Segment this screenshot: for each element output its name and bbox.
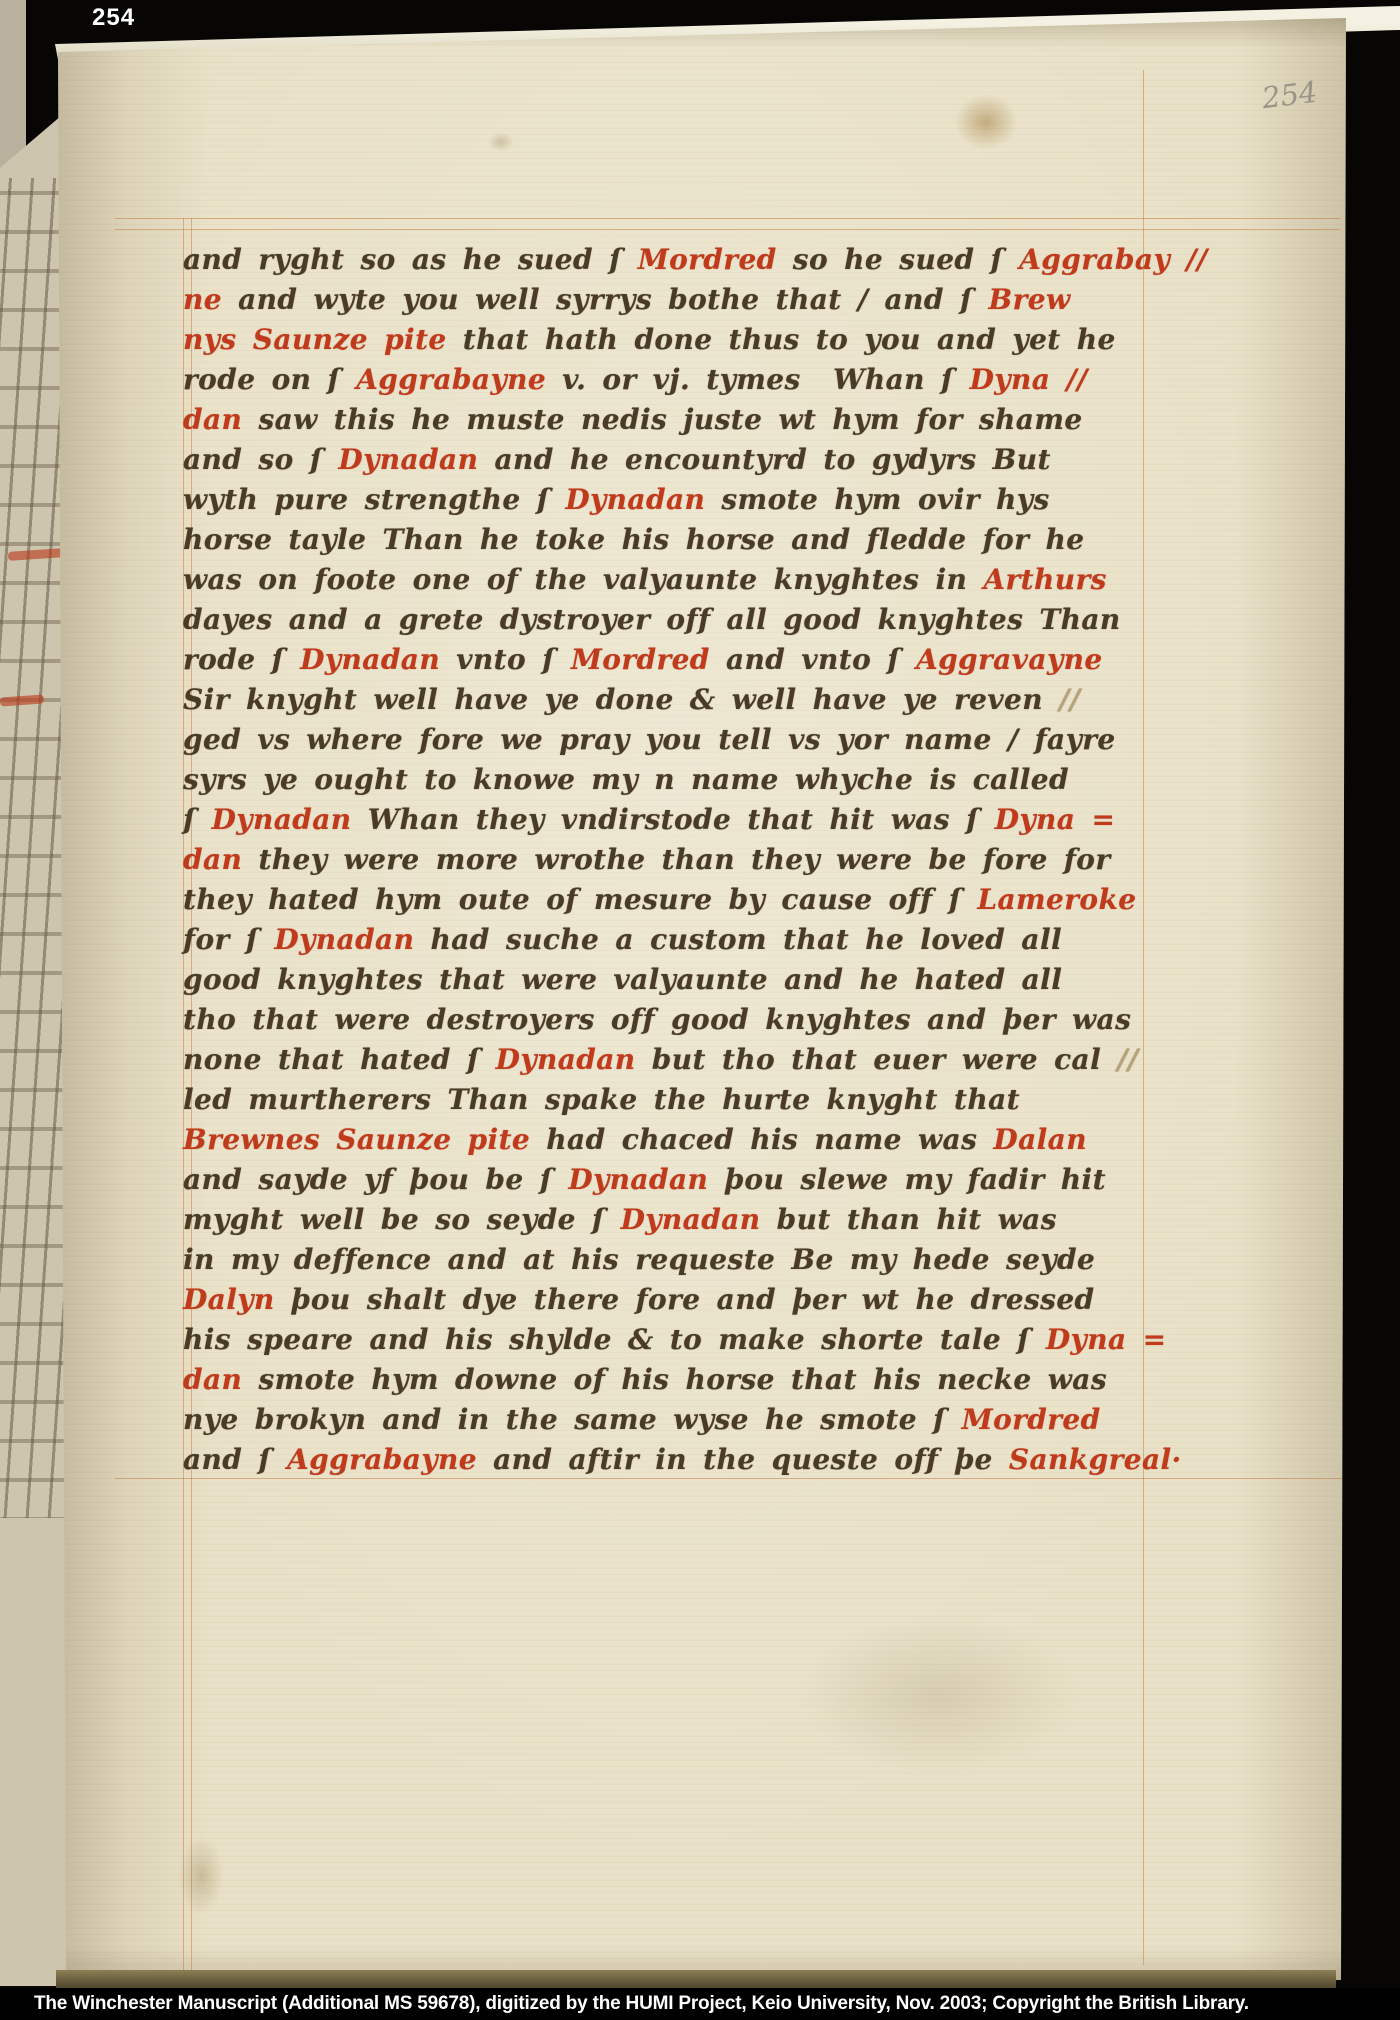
ink-text: myght well be so seyde ſ xyxy=(183,1203,621,1236)
ink-text: but than hit was xyxy=(761,1203,1057,1236)
rubricated-text: Aggrabayne xyxy=(356,363,546,396)
ink-text: ged vs where fore we pray you tell vs yo… xyxy=(183,723,1116,756)
rubricated-text: Dyna xyxy=(970,363,1051,396)
ink-text: v. or vj. tymes Whan ſ xyxy=(546,363,970,396)
rubricated-text: Dynadan xyxy=(565,483,705,516)
manuscript-line: good knyghtes that were valyaunte and he… xyxy=(183,960,1158,1000)
ink-text: and ryght so as he sued ſ xyxy=(183,243,638,276)
rubricated-text: Dynadan xyxy=(496,1043,636,1076)
manuscript-line: dan they were more wrothe than they were… xyxy=(183,840,1158,880)
ink-text: syrs ye ought to knowe my n name whyche … xyxy=(183,763,1069,796)
ink-text: and vnto ſ xyxy=(710,643,916,676)
stain xyxy=(178,1836,224,1916)
manuscript-page: 254 and ryght so as he sued ſ Mordred so… xyxy=(58,14,1346,1986)
manuscript-line: and ryght so as he sued ſ Mordred so he … xyxy=(183,240,1158,280)
rubricated-text: Sankgreal· xyxy=(1009,1443,1182,1476)
rubricated-text: Lameroke xyxy=(977,883,1136,916)
ink-text: Whan they vndirstode that hit was ſ xyxy=(352,803,995,836)
rubricated-text: Dynadan xyxy=(338,443,478,476)
ink-text: // xyxy=(1043,683,1080,716)
manuscript-line: Sir knyght well have ye done & well have… xyxy=(183,680,1158,720)
ink-text: þou shalt dye there fore and þer wt he d… xyxy=(291,1283,1095,1316)
ink-text: wyth pure strengthe ſ xyxy=(183,483,565,516)
ink-text: so he sued ſ xyxy=(777,243,1020,276)
ink-text: saw this he muste nedis juste wt hym for… xyxy=(258,403,1082,436)
rubricated-text: dan xyxy=(183,403,258,436)
ink-text: for ſ xyxy=(183,923,274,956)
manuscript-line: tho that were destroyers off good knyght… xyxy=(183,1000,1158,1040)
ink-text: þou slewe my fadir hit xyxy=(708,1163,1106,1196)
manuscript-line: and sayde yf þou be ſ Dynadan þou slewe … xyxy=(183,1160,1158,1200)
rubricated-text: Aggravayne xyxy=(916,643,1103,676)
manuscript-line: ne and wyte you well syrrys bothe that /… xyxy=(183,280,1158,320)
ink-text: good knyghtes that were valyaunte and he… xyxy=(183,963,1062,996)
rubricated-text: = xyxy=(1075,803,1115,836)
page-number-overlay: 254 xyxy=(92,4,135,32)
ink-text: nye brokyn and in the same wyse he smote… xyxy=(183,1403,962,1436)
ink-text: and aftir in the queste off þe xyxy=(477,1443,1009,1476)
book-bottom-edge xyxy=(56,1970,1336,1988)
manuscript-line: ged vs where fore we pray you tell vs yo… xyxy=(183,720,1158,760)
stain xyxy=(954,94,1018,150)
rubricated-text: dan xyxy=(183,1363,258,1396)
caption-text: The Winchester Manuscript (Additional MS… xyxy=(0,1993,1249,2015)
ink-text: rode ſ xyxy=(183,643,300,676)
ink-text: // xyxy=(1101,1043,1138,1076)
manuscript-line: and ſ Aggrabayne and aftir in the queste… xyxy=(183,1440,1158,1480)
ink-text: Sir knyght well have ye done & well have… xyxy=(183,683,1043,716)
ink-text: ſ xyxy=(183,803,212,836)
manuscript-line: horse tayle Than he toke his horse and f… xyxy=(183,520,1158,560)
ink-text: had suche a custom that he loved all xyxy=(414,923,1062,956)
ink-offset-smudge xyxy=(798,1614,1078,1774)
fore-edge-page-stack xyxy=(1332,10,1400,1988)
manuscript-line: Brewnes Saunze pite had chaced his name … xyxy=(183,1120,1158,1160)
manuscript-line: they hated hym oute of mesure by cause o… xyxy=(183,880,1158,920)
ink-text: they were more wrothe than they were be … xyxy=(258,843,1110,876)
rubricated-text: nys Saunze pite xyxy=(183,323,463,356)
rubricated-text: Dalyn xyxy=(183,1283,291,1316)
rubricated-text: Dyna xyxy=(1046,1323,1127,1356)
ink-text: led murtherers Than spake the hurte knyg… xyxy=(183,1083,1020,1116)
ink-text: rode on ſ xyxy=(183,363,356,396)
ink-text: they hated hym oute of mesure by cause o… xyxy=(183,883,977,916)
ink-text: and wyte you well syrrys bothe that / an… xyxy=(238,283,988,316)
ink-text: had chaced his name was xyxy=(546,1123,993,1156)
folio-number-pencil: 254 xyxy=(1260,75,1319,115)
ink-text: but tho that euer were cal xyxy=(636,1043,1102,1076)
manuscript-line: myght well be so seyde ſ Dynadan but tha… xyxy=(183,1200,1158,1240)
rubricated-text: Mordred xyxy=(571,643,710,676)
manuscript-line: Dalyn þou shalt dye there fore and þer w… xyxy=(183,1280,1158,1320)
manuscript-line: his speare and his shylde & to make shor… xyxy=(183,1320,1158,1360)
manuscript-line: in my deffence and at his requeste Be my… xyxy=(183,1240,1158,1280)
rubricated-text: // xyxy=(1170,243,1207,276)
rubricated-text: ne xyxy=(183,283,238,316)
text-block: and ryght so as he sued ſ Mordred so he … xyxy=(183,240,1158,1480)
manuscript-line: nye brokyn and in the same wyse he smote… xyxy=(183,1400,1158,1440)
rubricated-text: Dynadan xyxy=(621,1203,761,1236)
caption-bar: The Winchester Manuscript (Additional MS… xyxy=(0,1988,1400,2020)
rubricated-text: Brew xyxy=(989,283,1071,316)
manuscript-line: dan smote hym downe of his horse that hi… xyxy=(183,1360,1158,1400)
ink-text: and so ſ xyxy=(183,443,338,476)
manuscript-line: rode ſ Dynadan vnto ſ Mordred and vnto ſ… xyxy=(183,640,1158,680)
ruled-line-top-2 xyxy=(115,229,1340,230)
manuscript-line: syrs ye ought to knowe my n name whyche … xyxy=(183,760,1158,800)
manuscript-line: nys Saunze pite that hath done thus to y… xyxy=(183,320,1158,360)
ink-text: and sayde yf þou be ſ xyxy=(183,1163,568,1196)
rubricated-text: Mordred xyxy=(638,243,777,276)
rubricated-text: Aggrabayne xyxy=(287,1443,477,1476)
rubricated-text: Mordred xyxy=(962,1403,1101,1436)
ink-text: none that hated ſ xyxy=(183,1043,496,1076)
rubricated-text: = xyxy=(1127,1323,1167,1356)
ink-text: smote hym ovir hys xyxy=(705,483,1049,516)
manuscript-line: for ſ Dynadan had suche a custom that he… xyxy=(183,920,1158,960)
digitized-manuscript-photo: 254 254 and ryght so as he sued ſ Mordre… xyxy=(0,0,1400,2020)
manuscript-line: was on foote one of the valyaunte knyght… xyxy=(183,560,1158,600)
rubricated-text: Dalan xyxy=(993,1123,1087,1156)
rubricated-text: Dynadan xyxy=(212,803,352,836)
ink-text: and ſ xyxy=(183,1443,287,1476)
manuscript-line: wyth pure strengthe ſ Dynadan smote hym … xyxy=(183,480,1158,520)
rubricated-text: Dynadan xyxy=(568,1163,708,1196)
ink-text: and he encountyrd to gydyrs But xyxy=(478,443,1050,476)
rubricated-text: // xyxy=(1050,363,1087,396)
manuscript-line: dan saw this he muste nedis juste wt hym… xyxy=(183,400,1158,440)
manuscript-line: and so ſ Dynadan and he encountyrd to gy… xyxy=(183,440,1158,480)
ink-text: tho that were destroyers off good knyght… xyxy=(183,1003,1131,1036)
rubricated-text: Dynadan xyxy=(274,923,414,956)
rubricated-text: Brewnes Saunze pite xyxy=(183,1123,546,1156)
manuscript-line: rode on ſ Aggrabayne v. or vj. tymes Wha… xyxy=(183,360,1158,400)
ink-text: vnto ſ xyxy=(440,643,571,676)
ink-text: in my deffence and at his requeste Be my… xyxy=(183,1243,1095,1276)
rubricated-text: dan xyxy=(183,843,258,876)
ink-text: that hath done thus to you and yet he xyxy=(463,323,1116,356)
rubricated-text: Dyna xyxy=(995,803,1076,836)
rubricated-text: Aggrabay xyxy=(1019,243,1170,276)
ink-text: was on foote one of the valyaunte knyght… xyxy=(183,563,983,596)
stain xyxy=(488,132,514,152)
ink-text: horse tayle Than he toke his horse and f… xyxy=(183,523,1084,556)
ink-text: smote hym downe of his horse that his ne… xyxy=(258,1363,1107,1396)
rubricated-text: Arthurs xyxy=(983,563,1106,596)
ink-text: his speare and his shylde & to make shor… xyxy=(183,1323,1046,1356)
manuscript-line: ſ Dynadan Whan they vndirstode that hit … xyxy=(183,800,1158,840)
ink-text: dayes and a grete dystroyer off all good… xyxy=(183,603,1121,636)
manuscript-line: dayes and a grete dystroyer off all good… xyxy=(183,600,1158,640)
ruled-line-top xyxy=(115,218,1340,219)
manuscript-line: led murtherers Than spake the hurte knyg… xyxy=(183,1080,1158,1120)
rubricated-text: Dynadan xyxy=(300,643,440,676)
manuscript-line: none that hated ſ Dynadan but tho that e… xyxy=(183,1040,1158,1080)
